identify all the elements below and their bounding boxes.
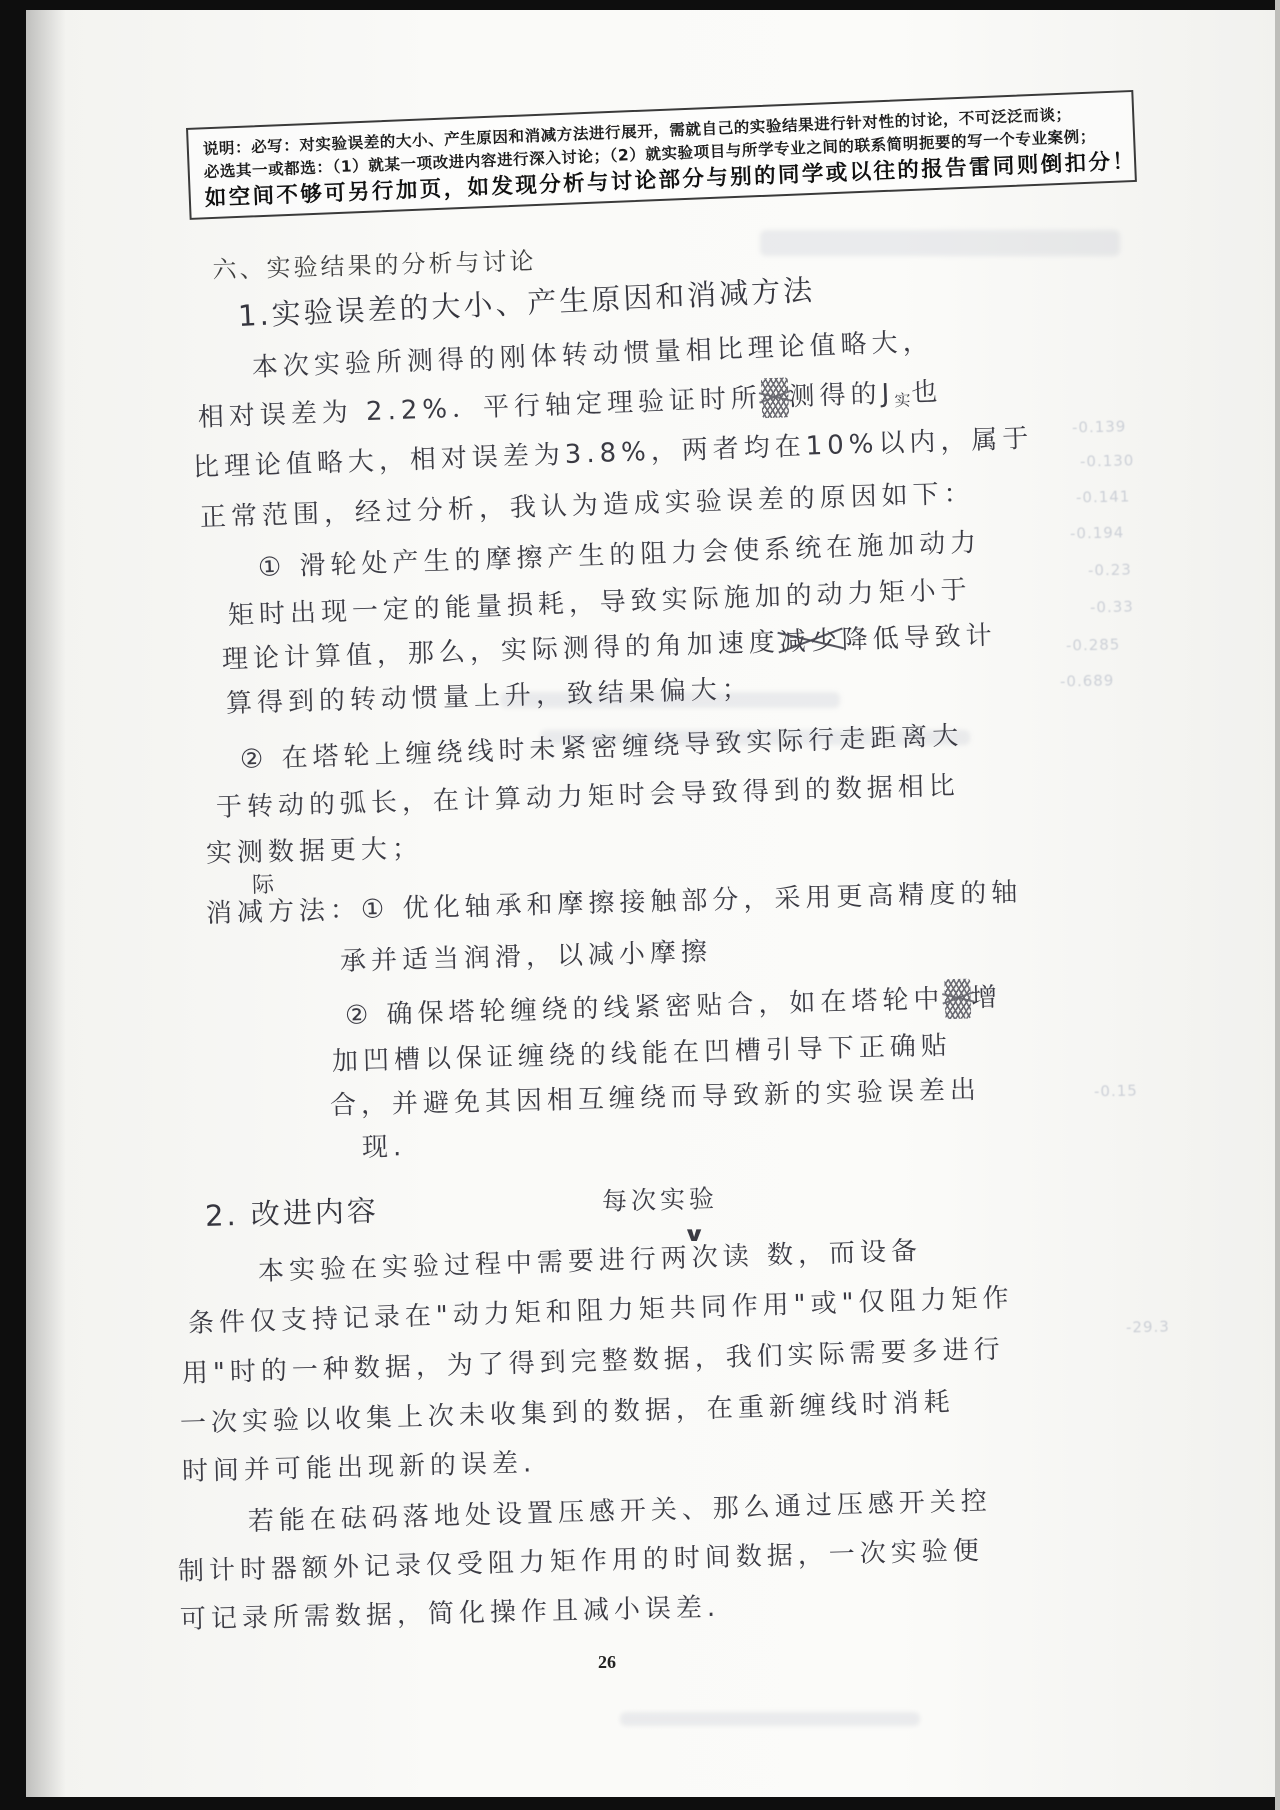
scan-edge-top bbox=[0, 0, 1280, 10]
text-run: 增 bbox=[971, 983, 1003, 1014]
scan-edge-left bbox=[0, 0, 26, 1810]
paper-edge-shadow bbox=[26, 0, 66, 1810]
methods-label: 消减方法： bbox=[206, 895, 362, 929]
bleedthrough-fragment: -0.194 bbox=[1070, 523, 1125, 542]
bleedthrough-fragment: -0.33 bbox=[1090, 598, 1134, 617]
scratched-out-text: ✗ bbox=[944, 979, 972, 1020]
bleedthrough-smudge bbox=[760, 230, 1120, 256]
text-run: 也 bbox=[911, 377, 943, 408]
scanned-page: -0.139 -0.130 -0.141 -0.194 -0.23 -0.33 … bbox=[0, 0, 1280, 1810]
bleedthrough-fragment: -0.139 bbox=[1072, 417, 1127, 436]
page-number: 26 bbox=[598, 1652, 616, 1673]
text-run: 测得的J bbox=[788, 379, 895, 413]
handwritten-line: 实测数据更大； bbox=[206, 829, 424, 874]
bleedthrough-fragment: -29.3 bbox=[1126, 1318, 1170, 1337]
scan-edge-right bbox=[1275, 0, 1280, 1810]
bleedthrough-smudge bbox=[620, 1712, 920, 1726]
scan-edge-bottom bbox=[0, 1797, 1280, 1810]
text-run: 降低导致计 bbox=[841, 621, 997, 656]
bleedthrough-fragment: -0.141 bbox=[1076, 487, 1131, 506]
bleedthrough-fragment: -0.15 bbox=[1094, 1082, 1138, 1101]
handwritten-heading-2: 2. 改进内容 bbox=[204, 1191, 379, 1236]
subscript: 实 bbox=[894, 391, 912, 411]
bleedthrough-fragment: -0.23 bbox=[1088, 561, 1132, 580]
scratched-out-text: ✗ bbox=[761, 377, 789, 418]
bleedthrough-fragment: -0.689 bbox=[1060, 671, 1115, 690]
handwritten-line: 现. bbox=[362, 1127, 407, 1168]
bleedthrough-fragment: -0.130 bbox=[1080, 451, 1135, 470]
inserted-text: 每次实验 bbox=[601, 1179, 718, 1222]
bleedthrough-fragment: -0.285 bbox=[1066, 635, 1121, 654]
scratched-out-text: 减少 bbox=[779, 621, 842, 663]
